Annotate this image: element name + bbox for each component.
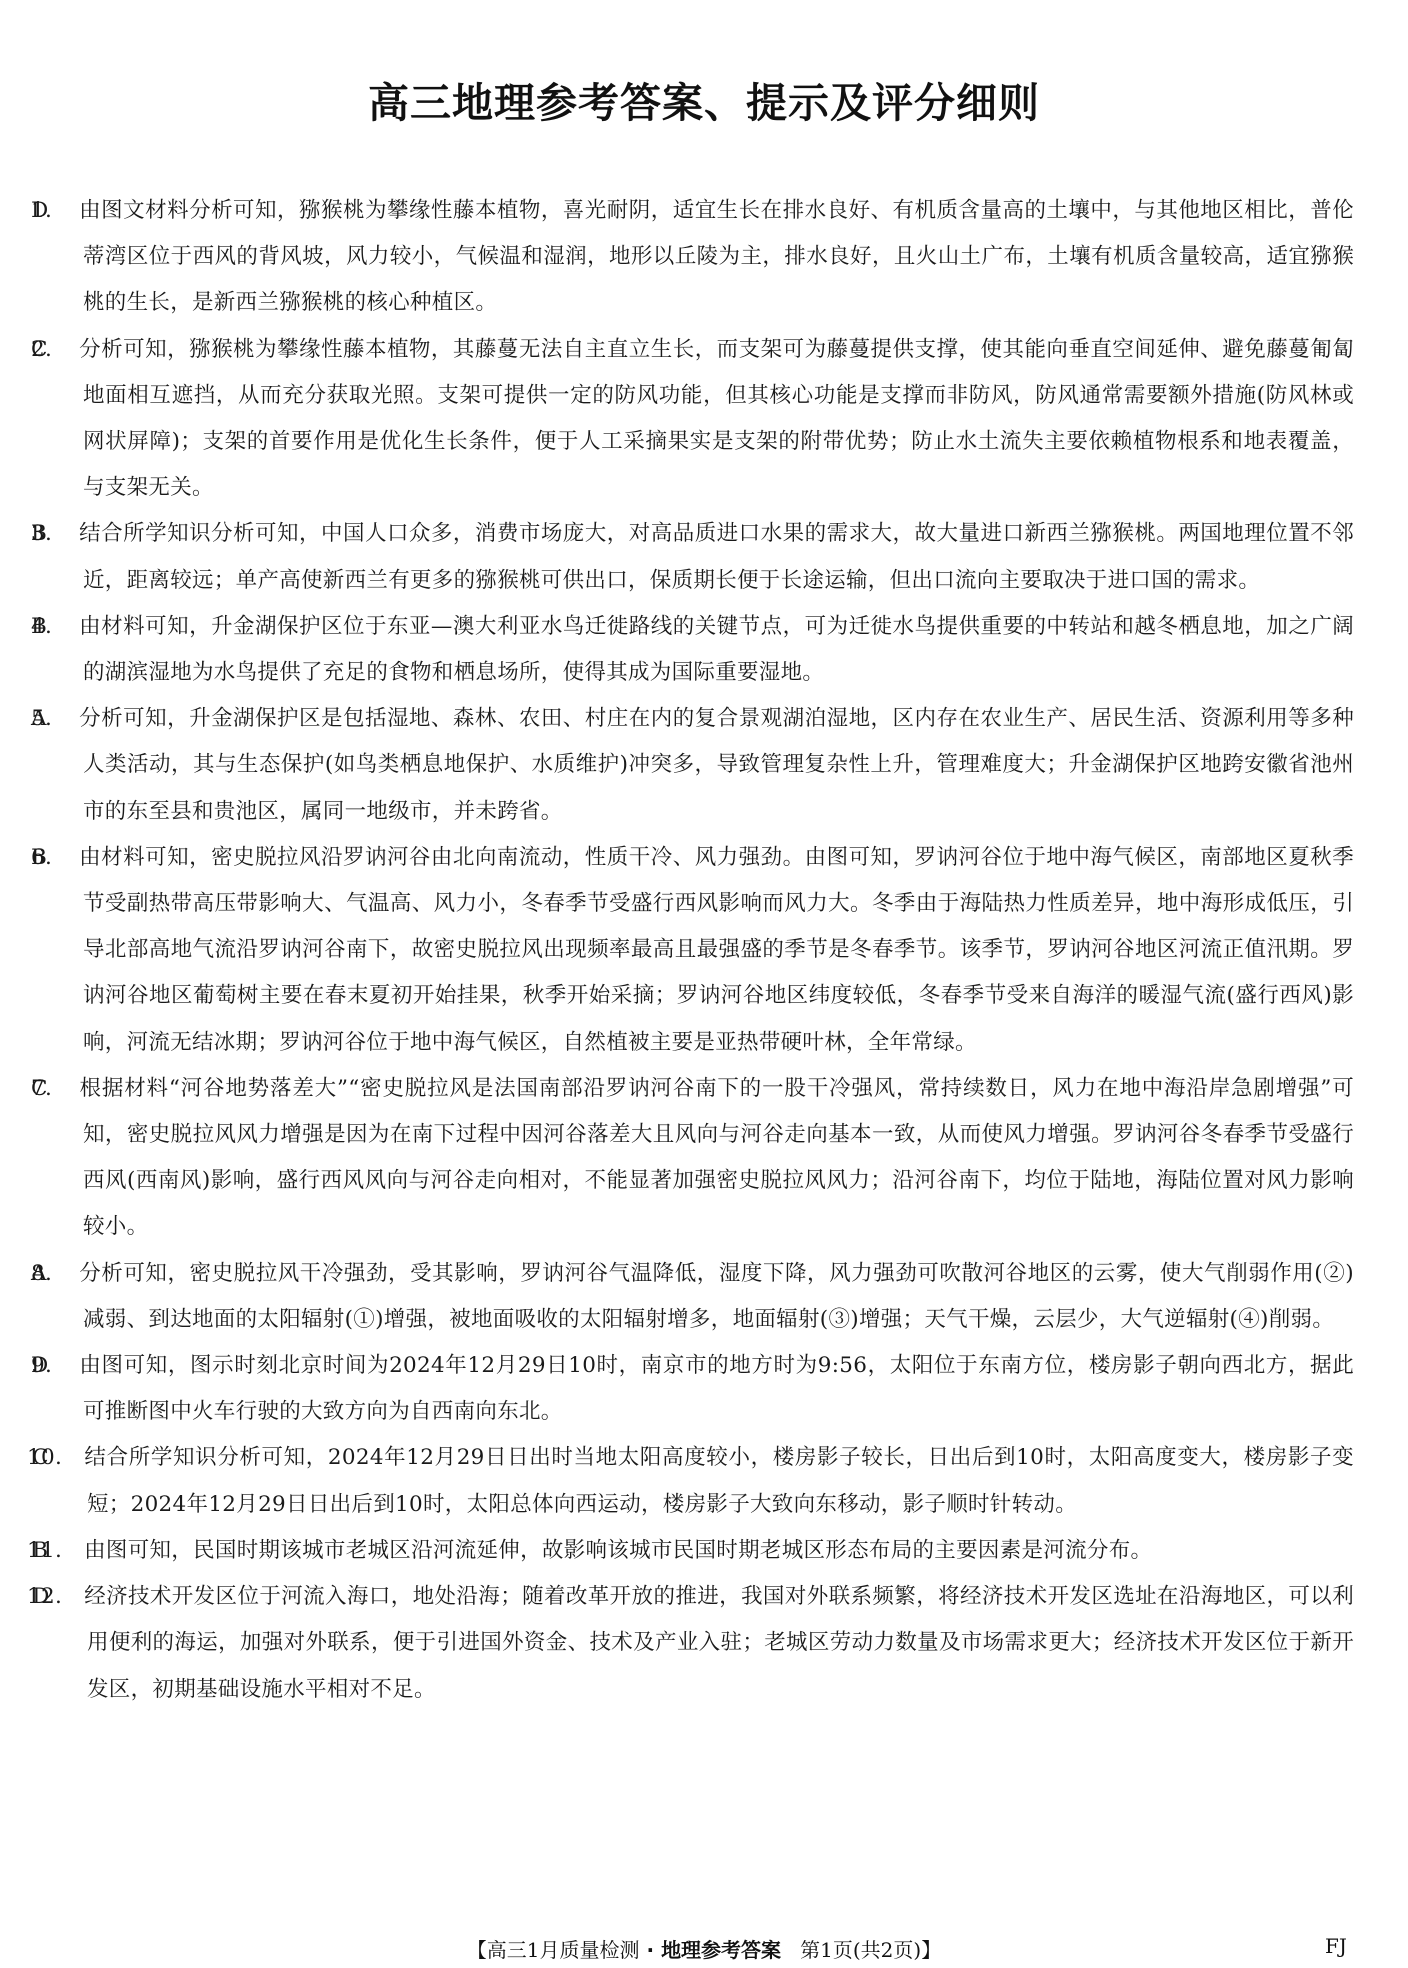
answer-item-3: 3.B结合所学知识分析可知，中国人口众多，消费市场庞大，对高品质进口水果的需求大…	[57, 511, 1354, 603]
answer-explanation: 结合所学知识分析可知，中国人口众多，消费市场庞大，对高品质进口水果的需求大，故大…	[79, 521, 1354, 592]
answer-item-12: 12.D经济技术开发区位于河流入海口，地处沿海；随着改革开放的推进，我国对外联系…	[57, 1574, 1354, 1713]
answer-explanation: 根据材料“河谷地势落差大”“密史脱拉风是法国南部沿罗讷河谷南下的一股干冷强风，常…	[79, 1076, 1354, 1240]
answer-item-9: 9.D由图可知，图示时刻北京时间为2024年12月29日10时，南京市的地方时为…	[57, 1343, 1354, 1435]
answer-item-4: 4.B由材料可知，升金湖保护区位于东亚—澳大利亚水鸟迁徙路线的关键节点，可为迁徙…	[57, 604, 1354, 696]
answer-explanation: 分析可知，密史脱拉风干冷强劲，受其影响，罗讷河谷气温降低，湿度下降，风力强劲可吹…	[79, 1261, 1354, 1332]
answer-explanation: 由图文材料分析可知，猕猴桃为攀缘性藤本植物，喜光耐阴，适宜生长在排水良好、有机质…	[79, 198, 1354, 315]
answer-item-6: 6.B由材料可知，密史脱拉风沿罗讷河谷由北向南流动，性质干冷、风力强劲。由图可知…	[57, 835, 1354, 1066]
answer-explanation: 分析可知，猕猴桃为攀缘性藤本植物，其藤蔓无法自主直立生长，而支架可为藤蔓提供支撑…	[79, 337, 1354, 501]
answer-explanation: 由图可知，图示时刻北京时间为2024年12月29日10时，南京市的地方时为9:5…	[79, 1353, 1354, 1424]
answer-explanation: 由材料可知，密史脱拉风沿罗讷河谷由北向南流动，性质干冷、风力强劲。由图可知，罗讷…	[79, 845, 1354, 1055]
answer-item-2: 2.C分析可知，猕猴桃为攀缘性藤本植物，其藤蔓无法自主直立生长，而支架可为藤蔓提…	[57, 327, 1354, 512]
answer-explanation: 分析可知，升金湖保护区是包括湿地、森林、农田、村庄在内的复合景观湖泊湿地，区内存…	[79, 706, 1354, 823]
footer-open-bracket: 【	[467, 1938, 487, 1962]
footer-page-number: 第1页(共2页)	[800, 1938, 921, 1962]
footer-exam-name: 高三1月质量检测	[487, 1938, 640, 1962]
footer-close-bracket: 】	[921, 1938, 941, 1962]
footer-separator-dot: ·	[640, 1938, 662, 1962]
answer-explanation: 由材料可知，升金湖保护区位于东亚—澳大利亚水鸟迁徙路线的关键节点，可为迁徙水鸟提…	[79, 614, 1354, 685]
answer-number: 12.	[57, 1574, 62, 1620]
answer-list: 1.D由图文材料分析可知，猕猴桃为攀缘性藤本植物，喜光耐阴，适宜生长在排水良好、…	[57, 188, 1354, 1713]
answer-item-7: 7.C根据材料“河谷地势落差大”“密史脱拉风是法国南部沿罗讷河谷南下的一股干冷强…	[57, 1066, 1354, 1251]
page-title: 高三地理参考答案、提示及评分细则	[0, 70, 1408, 129]
answer-item-1: 1.D由图文材料分析可知，猕猴桃为攀缘性藤本植物，喜光耐阴，适宜生长在排水良好、…	[57, 188, 1354, 327]
answer-item-8: 8.A分析可知，密史脱拉风干冷强劲，受其影响，罗讷河谷气温降低，湿度下降，风力强…	[57, 1251, 1354, 1343]
answer-item-10: 10.C结合所学知识分析可知，2024年12月29日日出时当地太阳高度较小，楼房…	[57, 1435, 1354, 1527]
region-code: FJ	[1325, 1934, 1347, 1958]
answer-item-11: 11.B由图可知，民国时期该城市老城区沿河流延伸，故影响该城市民国时期老城区形态…	[57, 1528, 1354, 1574]
answer-item-5: 5.A分析可知，升金湖保护区是包括湿地、森林、农田、村庄在内的复合景观湖泊湿地，…	[57, 696, 1354, 835]
answer-number: 10.	[57, 1435, 62, 1481]
answer-number: 11.	[57, 1528, 62, 1574]
answer-explanation: 结合所学知识分析可知，2024年12月29日日出时当地太阳高度较小，楼房影子较长…	[84, 1445, 1354, 1516]
page-footer: 【高三1月质量检测 · 地理参考答案 第1页(共2页)】	[0, 1934, 1408, 1963]
answer-explanation: 经济技术开发区位于河流入海口，地处沿海；随着改革开放的推进，我国对外联系频繁，将…	[84, 1584, 1354, 1701]
footer-subject: 地理参考答案	[661, 1938, 781, 1962]
answer-explanation: 由图可知，民国时期该城市老城区沿河流延伸，故影响该城市民国时期老城区形态布局的主…	[84, 1538, 1152, 1563]
